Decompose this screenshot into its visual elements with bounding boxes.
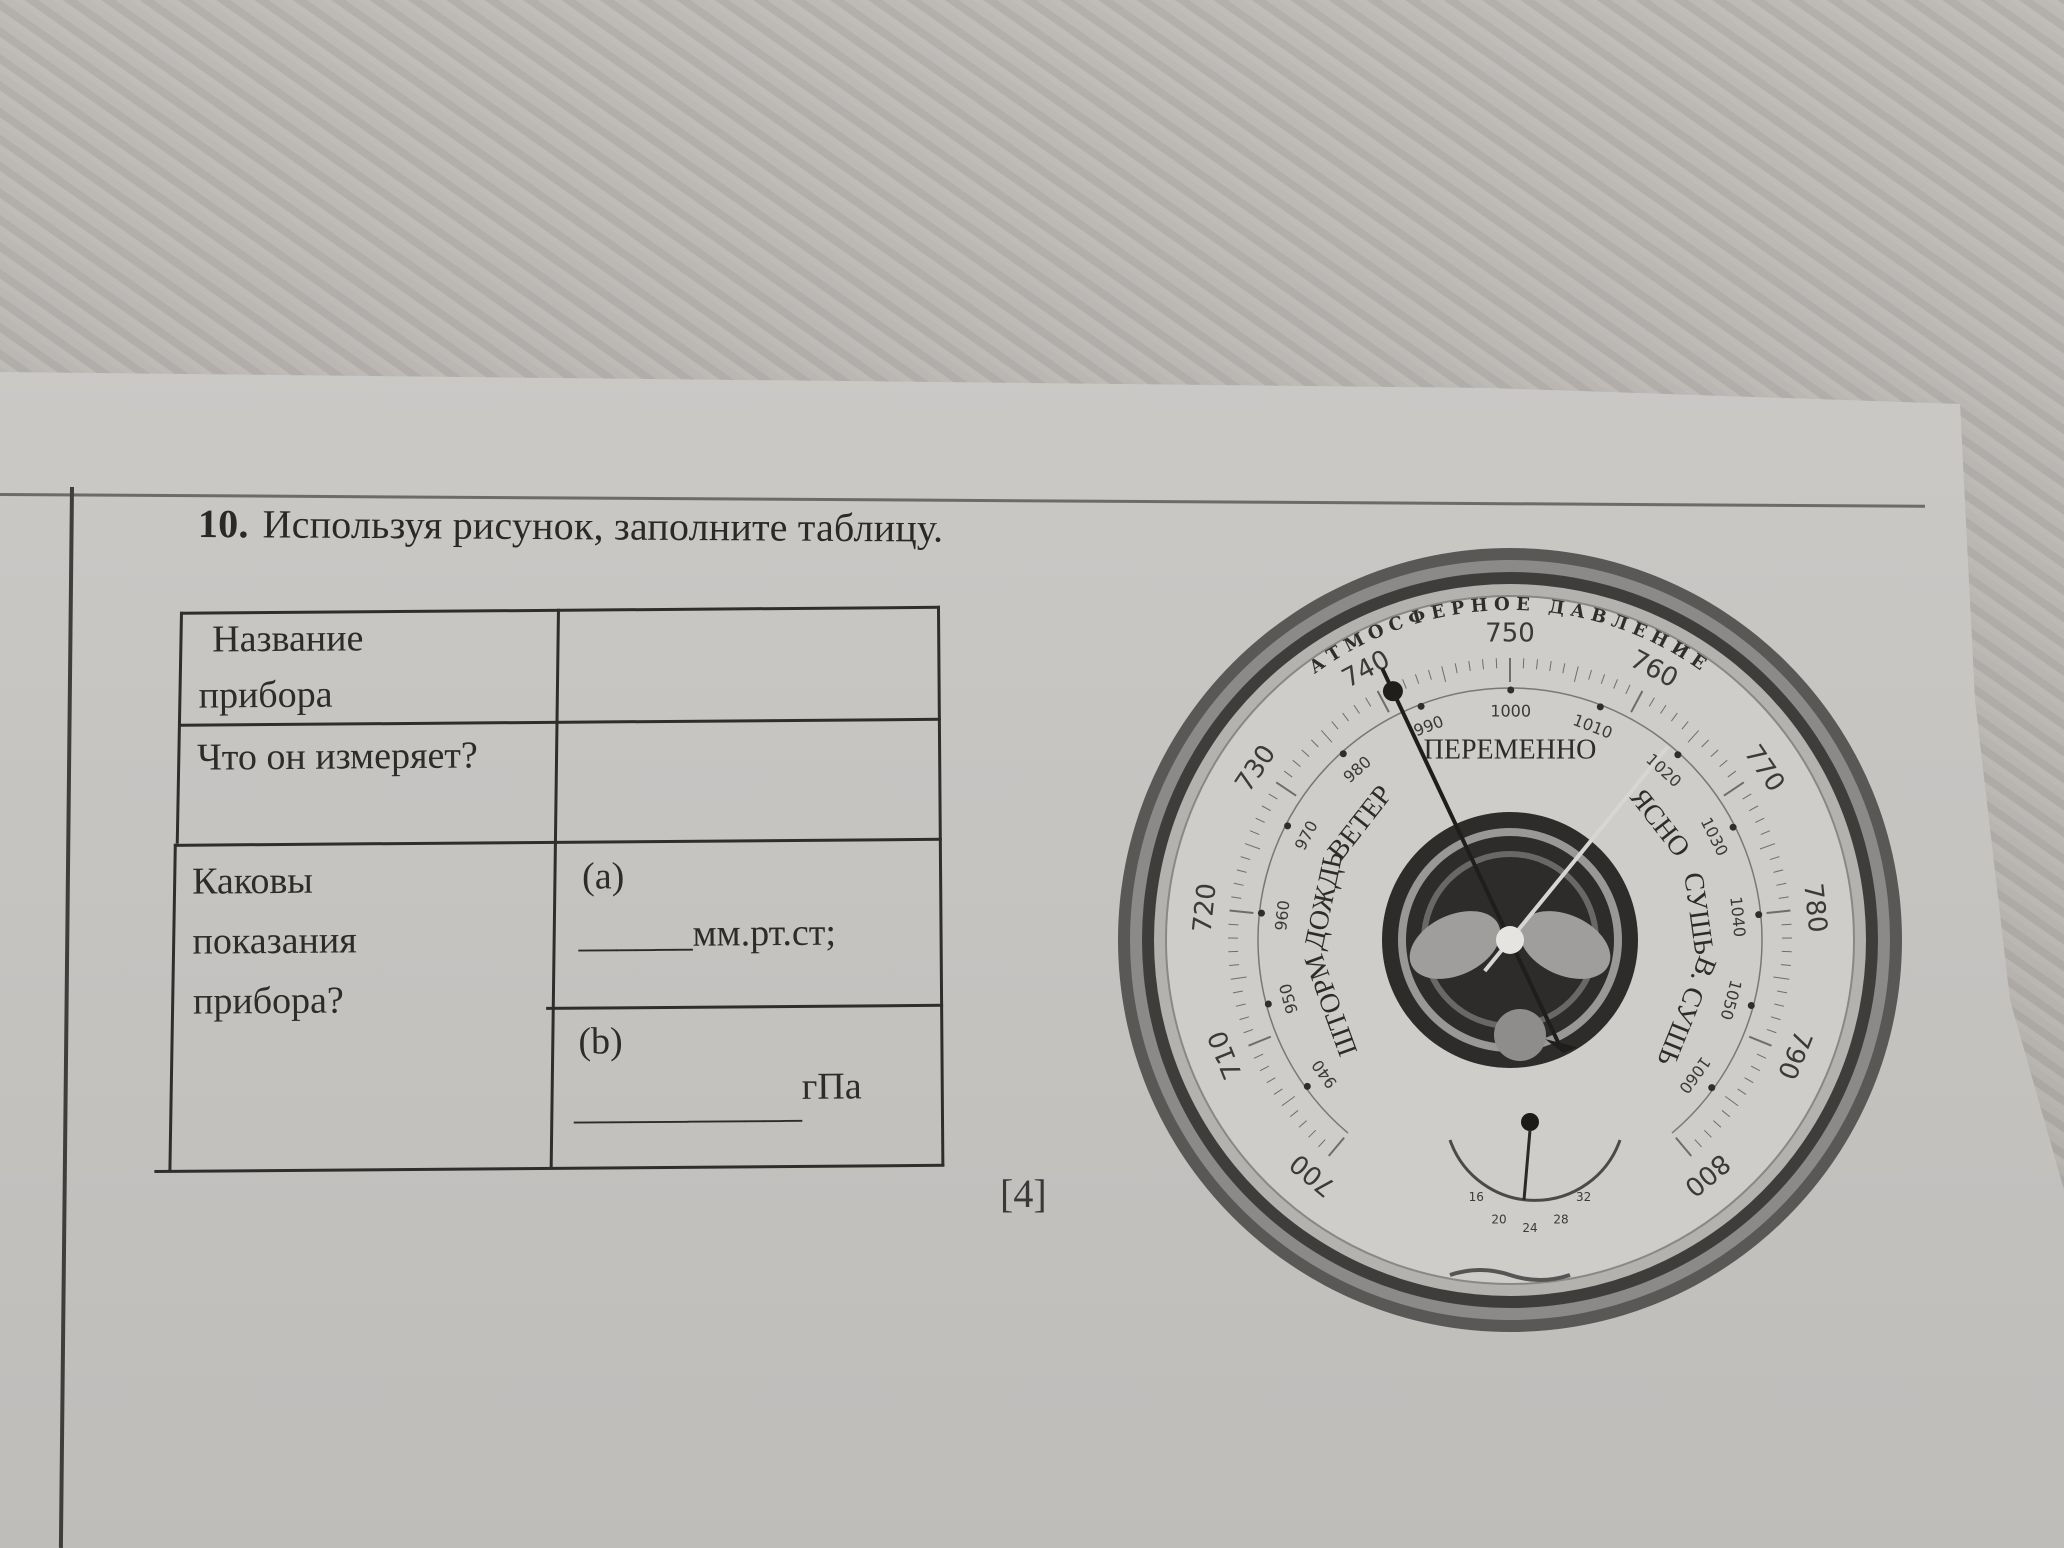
hpa-scale-marker <box>1418 703 1425 710</box>
hpa-scale-marker <box>1507 687 1514 694</box>
barometer-figure: 7007107207307407507607707807908009409509… <box>1090 540 1930 1340</box>
hpa-scale-marker <box>1674 751 1681 758</box>
table-border-left <box>176 612 183 844</box>
hpa-scale-marker <box>1730 824 1737 831</box>
mm-scale-tick <box>1228 924 1238 925</box>
hpa-scale-label: 960 <box>1271 899 1293 931</box>
label-line: прибора? <box>193 970 358 1031</box>
hpa-scale-marker <box>1597 703 1604 710</box>
question-text: Используя рисунок, заполните таблицу. <box>262 501 943 550</box>
label-line: показания <box>192 910 357 971</box>
question-heading: 10.Используя рисунок, заполните таблицу. <box>198 500 944 552</box>
subanswer-b-unit: гПа <box>802 1065 862 1107</box>
hpa-scale-label: 1000 <box>1490 701 1531 720</box>
subanswer-a[interactable]: ______мм.рт.ст; <box>578 905 836 963</box>
hpa-scale-marker <box>1265 1001 1272 1008</box>
mm-scale-tick <box>1782 924 1792 925</box>
subanswer-b-tag: (b) <box>578 1013 623 1069</box>
hpa-scale-marker <box>1340 750 1347 757</box>
thermometer-label: 32 <box>1576 1190 1591 1204</box>
table-column-divider <box>550 609 560 1169</box>
mm-scale-label: 780 <box>1797 882 1832 935</box>
hpa-scale-marker <box>1708 1084 1715 1091</box>
answer-cell-what-measures[interactable] <box>571 726 932 837</box>
thermometer-label: 24 <box>1522 1221 1537 1235</box>
marks-label: [4] <box>1000 1170 1047 1217</box>
weather-word: ПЕРЕМЕННО <box>1424 734 1597 765</box>
hpa-scale-marker <box>1284 822 1291 829</box>
subanswer-b-blank[interactable]: ____________ <box>574 1084 802 1128</box>
label-line: Название <box>212 610 364 667</box>
thermometer-label: 16 <box>1469 1190 1484 1204</box>
row-label-readings: Каковы показания прибора? <box>192 850 358 1031</box>
hpa-scale-marker <box>1304 1083 1311 1090</box>
thermometer-label: 28 <box>1553 1213 1568 1227</box>
question-number: 10. <box>198 501 249 546</box>
mm-scale-label: 720 <box>1188 882 1223 935</box>
thermometer-label: 20 <box>1491 1213 1506 1227</box>
table-border-left <box>168 844 176 1172</box>
hpa-scale-marker <box>1258 910 1265 917</box>
needle-arrow <box>1383 681 1403 701</box>
subanswer-a-blank[interactable]: ______ <box>578 913 692 956</box>
answer-table: Название прибора Что он измеряет? Каковы… <box>150 606 944 1172</box>
subanswer-a-unit: мм.рт.ст; <box>692 912 836 955</box>
row-label-what-measures: Что он измеряет? <box>197 727 478 785</box>
label-line: Каковы <box>192 850 357 911</box>
subanswer-a-tag: (a) <box>582 848 625 904</box>
mm-scale-label: 750 <box>1485 619 1535 649</box>
label-line: прибора <box>198 666 364 723</box>
table-row-divider <box>174 838 942 847</box>
mechanism-gear <box>1494 1009 1546 1061</box>
hpa-scale-marker <box>1755 911 1762 918</box>
hpa-scale-marker <box>1748 1002 1755 1009</box>
answer-cell-instrument-name[interactable] <box>570 612 931 715</box>
needle-hub <box>1496 926 1524 954</box>
thermometer-bulb <box>1521 1113 1539 1131</box>
table-subrow-divider <box>546 1004 943 1010</box>
subanswer-b[interactable]: ____________гПа <box>574 1076 862 1134</box>
row-label-instrument-name: Название прибора <box>212 610 364 723</box>
